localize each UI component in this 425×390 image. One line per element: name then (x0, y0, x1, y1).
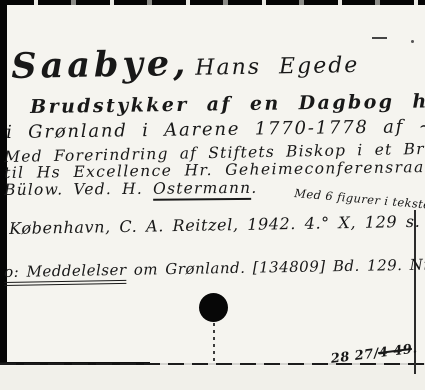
scan-background-strip (0, 366, 425, 390)
editor-prefix: Bülow. Ved. H. (4, 180, 153, 199)
scan-top-edge (0, 0, 425, 5)
catalog-card-scan: Saabye,Hans Egede Brudstykker af en Dagb… (0, 0, 425, 390)
series-rest: om Grønland. [134809] Bd. 129. Nr. 2. (126, 255, 425, 279)
author-surname: Saabye, (11, 43, 190, 87)
imprint-line: København, C. A. Reitzel, 1942. 4.° X, 1… (9, 212, 421, 238)
series-title-underlined: o: Meddelelser (4, 261, 127, 286)
dashed-fold-line (213, 323, 215, 365)
title-line-5: Bülow. Ved. H. Ostermann. (4, 179, 258, 199)
title-line-1: Brudstykker af en Dagbog holden (30, 89, 425, 118)
title-line-2: i Grønland i Aarene 1770-1778 af ~~. (6, 116, 425, 143)
hole-punch (199, 293, 228, 322)
ink-speck (411, 40, 414, 43)
series-line: o: Meddelelser om Grønland. [134809] Bd.… (4, 255, 425, 281)
editor-name-underlined: Ostermann (153, 179, 251, 201)
figures-note: Med 6 figurer i teksten. (294, 186, 425, 213)
editor-suffix: . (251, 179, 257, 197)
pencil-dash-mark (372, 37, 387, 39)
author-forename: Hans Egede (195, 53, 359, 81)
author-heading: Saabye,Hans Egede (11, 40, 360, 87)
